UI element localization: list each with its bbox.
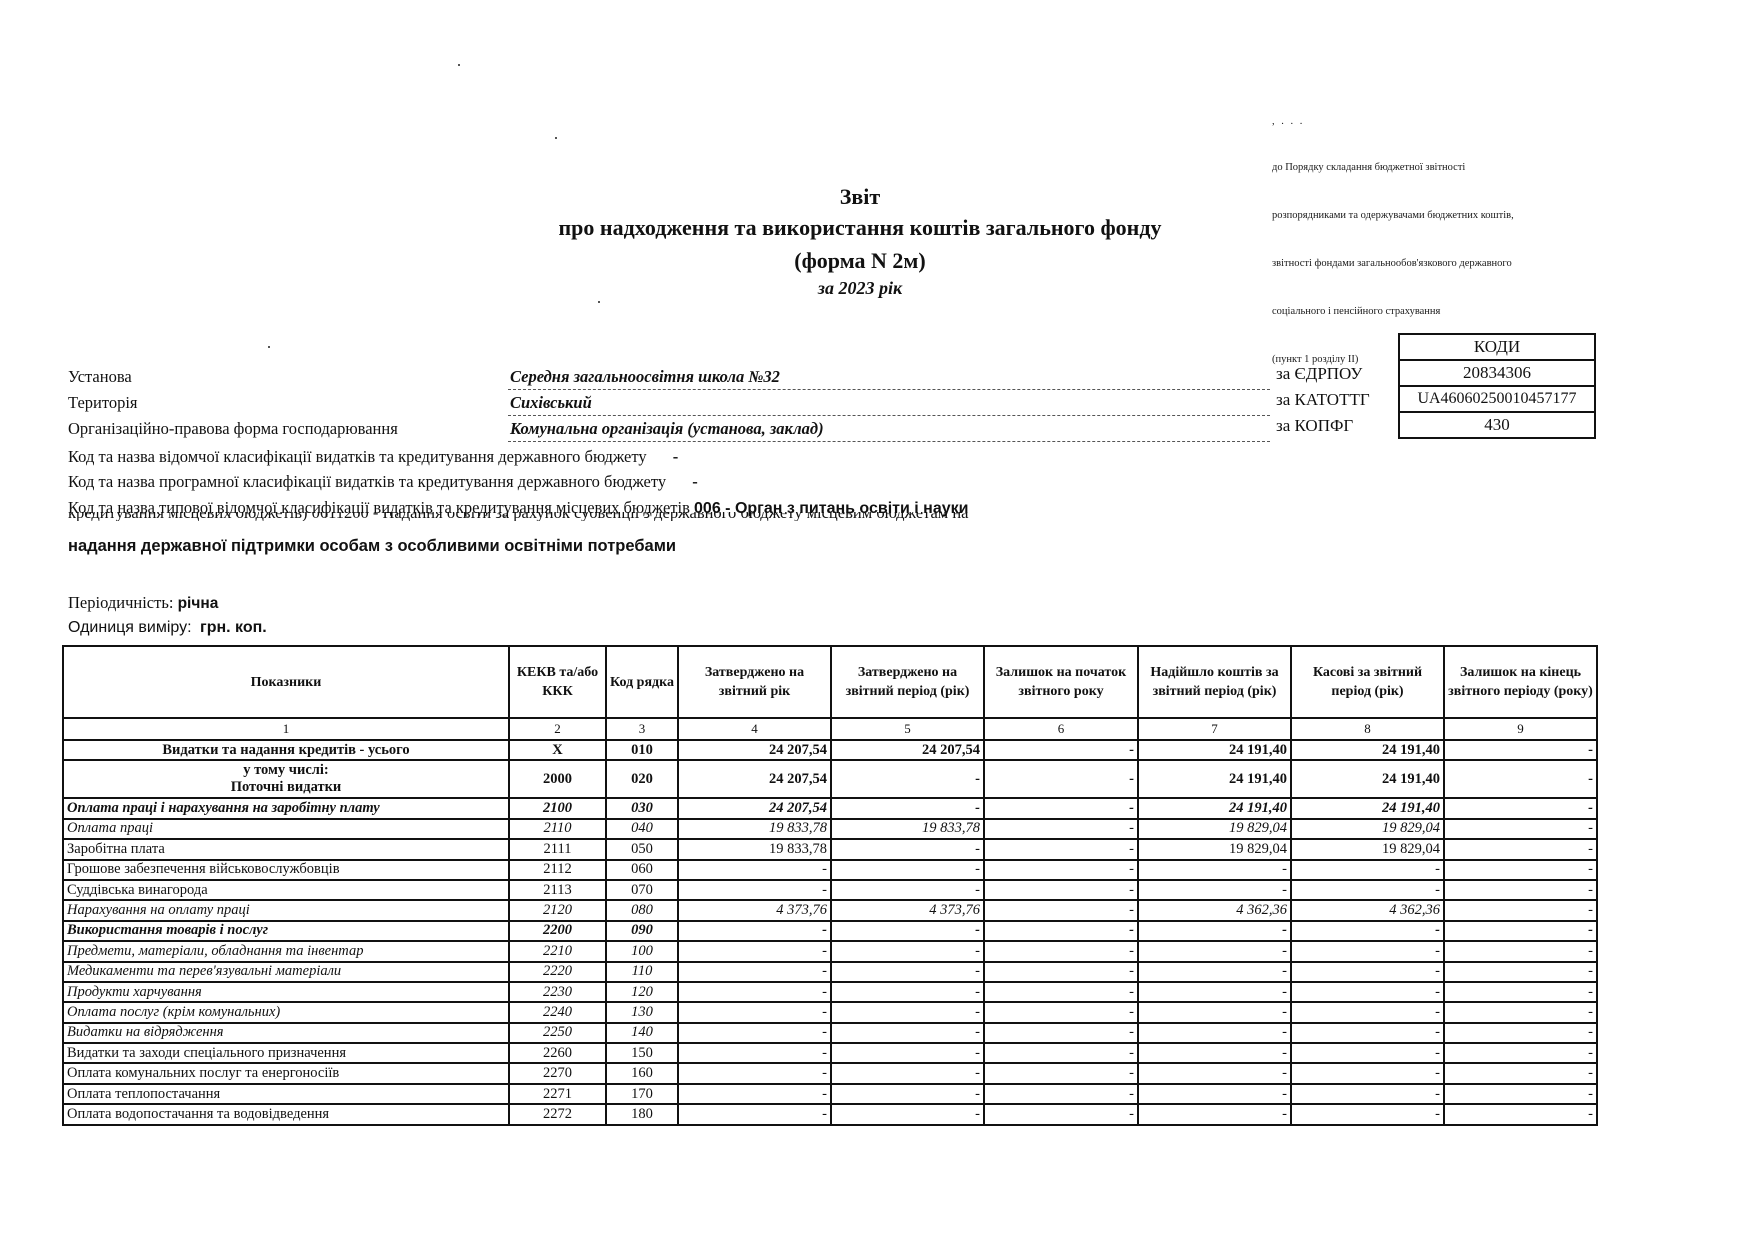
cell-approved-year: 24 207,54 bbox=[678, 760, 831, 798]
cell-approved-year: 24 207,54 bbox=[678, 740, 831, 760]
table-row: Оплата комунальних послуг та енергоносії… bbox=[63, 1063, 1597, 1083]
cell-approved-year: - bbox=[678, 1023, 831, 1043]
overlapped-line-text: кредитування місцевих бюджетів) 0611200 … bbox=[68, 512, 969, 521]
row-code: 110 bbox=[606, 962, 678, 982]
cell-cash-expenditures: - bbox=[1291, 1002, 1444, 1022]
cell-balance-start: - bbox=[984, 900, 1138, 920]
row-indicator-name: Заробітна плата bbox=[63, 839, 509, 859]
cell-balance-start: - bbox=[984, 1043, 1138, 1063]
cell-cash-expenditures: - bbox=[1291, 1084, 1444, 1104]
cell-approved-period: - bbox=[831, 1002, 984, 1022]
legal-form-value: Комунальна організація (установа, заклад… bbox=[510, 419, 824, 439]
row-indicator-name: у тому числі:Поточні видатки bbox=[63, 760, 509, 798]
cell-received: - bbox=[1138, 941, 1291, 961]
column-number: 2 bbox=[509, 718, 606, 740]
cell-received: 24 191,40 bbox=[1138, 798, 1291, 818]
row-kekv: 2250 bbox=[509, 1023, 606, 1043]
row-kekv: 2230 bbox=[509, 982, 606, 1002]
cell-approved-year: 19 833,78 bbox=[678, 819, 831, 839]
cell-received: - bbox=[1138, 1002, 1291, 1022]
row-code: 160 bbox=[606, 1063, 678, 1083]
cell-balance-end: - bbox=[1444, 1084, 1597, 1104]
column-number: 3 bbox=[606, 718, 678, 740]
cell-received: - bbox=[1138, 921, 1291, 941]
cell-approved-year: - bbox=[678, 1043, 831, 1063]
cell-approved-year: 24 207,54 bbox=[678, 798, 831, 818]
cell-approved-year: - bbox=[678, 1104, 831, 1124]
scan-speck bbox=[598, 301, 600, 303]
cell-balance-end: - bbox=[1444, 982, 1597, 1002]
row-code: 020 bbox=[606, 760, 678, 798]
cell-approved-period: - bbox=[831, 1084, 984, 1104]
cell-cash-expenditures: - bbox=[1291, 921, 1444, 941]
table-row: Медикаменти та перев'язувальні матеріали… bbox=[63, 962, 1597, 982]
row-kekv: 2210 bbox=[509, 941, 606, 961]
row-indicator-name: Оплата теплопостачання bbox=[63, 1084, 509, 1104]
cell-cash-expenditures: - bbox=[1291, 941, 1444, 961]
row-kekv: 2220 bbox=[509, 962, 606, 982]
cell-approved-period: - bbox=[831, 941, 984, 961]
cell-cash-expenditures: 4 362,36 bbox=[1291, 900, 1444, 920]
column-number: 5 bbox=[831, 718, 984, 740]
row-indicator-name: Предмети, матеріали, обладнання та інвен… bbox=[63, 941, 509, 961]
unit: Одиниця виміру: грн. коп. bbox=[68, 619, 267, 637]
cell-balance-end: - bbox=[1444, 900, 1597, 920]
cell-balance-start: - bbox=[984, 760, 1138, 798]
column-header-received: Надійшло коштів за звітний період (рік) bbox=[1138, 646, 1291, 718]
cell-approved-period: - bbox=[831, 760, 984, 798]
row-code: 120 bbox=[606, 982, 678, 1002]
legal-form-label: Організаційно-правова форма господарюван… bbox=[68, 419, 398, 439]
column-header-approved-year: Затверджено на звітний рік bbox=[678, 646, 831, 718]
cell-balance-start: - bbox=[984, 1023, 1138, 1043]
cell-cash-expenditures: - bbox=[1291, 880, 1444, 900]
table-row: Використання товарів і послуг2200090----… bbox=[63, 921, 1597, 941]
row-code: 150 bbox=[606, 1043, 678, 1063]
cell-cash-expenditures: 24 191,40 bbox=[1291, 798, 1444, 818]
cell-received: - bbox=[1138, 1104, 1291, 1124]
table-row: у тому числі:Поточні видатки200002024 20… bbox=[63, 760, 1597, 798]
row-indicator-name: Суддівська винагорода bbox=[63, 880, 509, 900]
column-number: 6 bbox=[984, 718, 1138, 740]
row-kekv: 2110 bbox=[509, 819, 606, 839]
table-row: Видатки на відрядження2250140------ bbox=[63, 1023, 1597, 1043]
unit-value: грн. коп. bbox=[200, 619, 267, 636]
report-title: Звіт bbox=[0, 184, 1720, 210]
dept-classification-value: - bbox=[673, 447, 679, 466]
cell-approved-period: - bbox=[831, 921, 984, 941]
cell-received: - bbox=[1138, 1063, 1291, 1083]
row-kekv: 2272 bbox=[509, 1104, 606, 1124]
cell-balance-start: - bbox=[984, 740, 1138, 760]
cell-balance-start: - bbox=[984, 1002, 1138, 1022]
cell-approved-period: 24 207,54 bbox=[831, 740, 984, 760]
cell-approved-period: - bbox=[831, 798, 984, 818]
scan-speck bbox=[555, 137, 557, 139]
row-indicator-name: Оплата праці і нарахування на заробітну … bbox=[63, 798, 509, 818]
row-indicator-name: Грошове забезпечення військовослужбовців bbox=[63, 860, 509, 880]
report-table: ПоказникиКЕКВ та/або ККККод рядкаЗатверд… bbox=[62, 645, 1598, 1126]
katottg-label: за КАТОТТГ bbox=[1276, 390, 1370, 410]
row-indicator-name: Нарахування на оплату праці bbox=[63, 900, 509, 920]
scan-speck bbox=[268, 346, 270, 348]
cell-balance-end: - bbox=[1444, 1023, 1597, 1043]
row-kekv: X bbox=[509, 740, 606, 760]
edrpou-label: за ЄДРПОУ bbox=[1276, 364, 1362, 384]
cell-approved-period: - bbox=[831, 962, 984, 982]
cell-balance-end: - bbox=[1444, 760, 1597, 798]
report-subtitle: про надходження та використання коштів з… bbox=[0, 215, 1720, 241]
row-indicator-name: Медикаменти та перев'язувальні матеріали bbox=[63, 962, 509, 982]
cell-cash-expenditures: - bbox=[1291, 1043, 1444, 1063]
column-header-approved-period: Затверджено на звітний період (рік) bbox=[831, 646, 984, 718]
cell-approved-year: - bbox=[678, 1002, 831, 1022]
cell-approved-period: - bbox=[831, 1043, 984, 1063]
column-number-row: 123456789 bbox=[63, 718, 1597, 740]
cell-cash-expenditures: - bbox=[1291, 982, 1444, 1002]
program-classification-text: Код та назва програмної класифікації вид… bbox=[68, 472, 666, 491]
row-code: 140 bbox=[606, 1023, 678, 1043]
cell-balance-end: - bbox=[1444, 1002, 1597, 1022]
column-header-balance-start: Залишок на початок звітного року bbox=[984, 646, 1138, 718]
cell-received: 24 191,40 bbox=[1138, 740, 1291, 760]
institution-value: Середня загальноосвітня школа №32 bbox=[510, 367, 780, 387]
table-row: Видатки та надання кредитів - усьогоX010… bbox=[63, 740, 1597, 760]
katottg-value: UA46060250010457177 bbox=[1399, 386, 1595, 412]
cell-approved-year: - bbox=[678, 941, 831, 961]
row-indicator-name: Видатки та заходи спеціального призначен… bbox=[63, 1043, 509, 1063]
row-kekv: 2200 bbox=[509, 921, 606, 941]
program-continuation: надання державної підтримки особам з осо… bbox=[68, 537, 676, 556]
row-code: 060 bbox=[606, 860, 678, 880]
cell-balance-end: - bbox=[1444, 941, 1597, 961]
cell-cash-expenditures: - bbox=[1291, 1063, 1444, 1083]
cell-approved-period: - bbox=[831, 982, 984, 1002]
column-header-indicators: Показники bbox=[63, 646, 509, 718]
cell-balance-start: - bbox=[984, 798, 1138, 818]
cell-approved-year: - bbox=[678, 880, 831, 900]
codes-table: КОДИ 20834306 UA46060250010457177 430 bbox=[1398, 333, 1596, 439]
row-code: 030 bbox=[606, 798, 678, 818]
cell-balance-end: - bbox=[1444, 1043, 1597, 1063]
row-code: 180 bbox=[606, 1104, 678, 1124]
row-kekv: 2111 bbox=[509, 839, 606, 859]
cell-approved-year: - bbox=[678, 860, 831, 880]
periodicity: Періодичність: річна bbox=[68, 593, 218, 613]
cell-balance-start: - bbox=[984, 1063, 1138, 1083]
row-indicator-name-line: у тому числі: bbox=[67, 762, 505, 779]
program-classification-value: - bbox=[692, 472, 698, 491]
cell-received: - bbox=[1138, 1023, 1291, 1043]
row-kekv: 2113 bbox=[509, 880, 606, 900]
underline bbox=[508, 415, 1270, 416]
cell-balance-start: - bbox=[984, 962, 1138, 982]
cell-approved-year: - bbox=[678, 921, 831, 941]
row-kekv: 2120 bbox=[509, 900, 606, 920]
cell-received: 24 191,40 bbox=[1138, 760, 1291, 798]
cell-received: 4 362,36 bbox=[1138, 900, 1291, 920]
row-indicator-name: Оплата послуг (крім комунальних) bbox=[63, 1002, 509, 1022]
cell-approved-period: 4 373,76 bbox=[831, 900, 984, 920]
cell-balance-end: - bbox=[1444, 1104, 1597, 1124]
table-row: Предмети, матеріали, обладнання та інвен… bbox=[63, 941, 1597, 961]
cell-received: - bbox=[1138, 1043, 1291, 1063]
cell-approved-period: - bbox=[831, 839, 984, 859]
row-kekv: 2000 bbox=[509, 760, 606, 798]
cell-approved-year: - bbox=[678, 982, 831, 1002]
cell-cash-expenditures: 19 829,04 bbox=[1291, 819, 1444, 839]
row-indicator-name: Оплата комунальних послуг та енергоносії… bbox=[63, 1063, 509, 1083]
cell-balance-end: - bbox=[1444, 839, 1597, 859]
codes-header: КОДИ bbox=[1399, 334, 1595, 360]
cell-cash-expenditures: - bbox=[1291, 1104, 1444, 1124]
table-row: Нарахування на оплату праці21200804 373,… bbox=[63, 900, 1597, 920]
cell-balance-start: - bbox=[984, 860, 1138, 880]
note-line: до Порядку складання бюджетної звітності bbox=[1272, 160, 1514, 176]
table-row: Продукти харчування2230120------ bbox=[63, 982, 1597, 1002]
cell-approved-year: - bbox=[678, 1063, 831, 1083]
cell-balance-end: - bbox=[1444, 962, 1597, 982]
underline bbox=[508, 441, 1270, 442]
table-row: Суддівська винагорода2113070------ bbox=[63, 880, 1597, 900]
cell-cash-expenditures: 24 191,40 bbox=[1291, 760, 1444, 798]
overlapped-line: кредитування місцевих бюджетів) 0611200 … bbox=[68, 512, 969, 521]
unit-label: Одиниця виміру: bbox=[68, 619, 192, 636]
row-code: 100 bbox=[606, 941, 678, 961]
table-row: Оплата водопостачання та водовідведення2… bbox=[63, 1104, 1597, 1124]
cell-balance-start: - bbox=[984, 921, 1138, 941]
row-indicator-name-line: Поточні видатки bbox=[67, 779, 505, 796]
institution-label: Установа bbox=[68, 367, 132, 387]
cell-balance-end: - bbox=[1444, 921, 1597, 941]
cell-approved-year: - bbox=[678, 962, 831, 982]
cell-balance-end: - bbox=[1444, 860, 1597, 880]
cell-approved-period: - bbox=[831, 1063, 984, 1083]
row-code: 040 bbox=[606, 819, 678, 839]
column-header-row-code: Код рядка bbox=[606, 646, 678, 718]
table-row: Оплата теплопостачання2271170------ bbox=[63, 1084, 1597, 1104]
cell-balance-start: - bbox=[984, 880, 1138, 900]
column-number: 8 bbox=[1291, 718, 1444, 740]
cell-approved-year: 19 833,78 bbox=[678, 839, 831, 859]
dept-classification-label: Код та назва відомчої класифікації видат… bbox=[68, 447, 678, 467]
cell-cash-expenditures: 19 829,04 bbox=[1291, 839, 1444, 859]
territory-label: Територія bbox=[68, 393, 138, 413]
dept-classification-text: Код та назва відомчої класифікації видат… bbox=[68, 447, 647, 466]
note-line: соціального і пенсійного страхування bbox=[1272, 304, 1514, 320]
row-code: 130 bbox=[606, 1002, 678, 1022]
row-kekv: 2112 bbox=[509, 860, 606, 880]
cell-balance-start: - bbox=[984, 839, 1138, 859]
cell-cash-expenditures: - bbox=[1291, 860, 1444, 880]
cell-received: - bbox=[1138, 880, 1291, 900]
cell-balance-start: - bbox=[984, 941, 1138, 961]
cell-received: - bbox=[1138, 1084, 1291, 1104]
table-row: Оплата праці і нарахування на заробітну … bbox=[63, 798, 1597, 818]
program-classification-label: Код та назва програмної класифікації вид… bbox=[68, 472, 698, 492]
edrpou-value: 20834306 bbox=[1399, 360, 1595, 386]
note-dots: , . . . bbox=[1272, 118, 1514, 128]
cell-cash-expenditures: 24 191,40 bbox=[1291, 740, 1444, 760]
cell-approved-period: - bbox=[831, 880, 984, 900]
column-number: 1 bbox=[63, 718, 509, 740]
table-row: Заробітна плата211105019 833,78--19 829,… bbox=[63, 839, 1597, 859]
cell-cash-expenditures: - bbox=[1291, 962, 1444, 982]
row-indicator-name: Оплата праці bbox=[63, 819, 509, 839]
column-number: 4 bbox=[678, 718, 831, 740]
table-body: Видатки та надання кредитів - усьогоX010… bbox=[63, 740, 1597, 1125]
cell-balance-start: - bbox=[984, 982, 1138, 1002]
report-period: за 2023 рік bbox=[0, 278, 1720, 299]
cell-balance-end: - bbox=[1444, 740, 1597, 760]
row-code: 050 bbox=[606, 839, 678, 859]
cell-balance-start: - bbox=[984, 1104, 1138, 1124]
table-header-row: ПоказникиКЕКВ та/або ККККод рядкаЗатверд… bbox=[63, 646, 1597, 718]
report-form-number: (форма N 2м) bbox=[0, 248, 1720, 274]
cell-balance-end: - bbox=[1444, 798, 1597, 818]
row-kekv: 2270 bbox=[509, 1063, 606, 1083]
kopfg-value: 430 bbox=[1399, 412, 1595, 438]
row-indicator-name: Використання товарів і послуг bbox=[63, 921, 509, 941]
row-code: 070 bbox=[606, 880, 678, 900]
row-indicator-name: Видатки на відрядження bbox=[63, 1023, 509, 1043]
cell-approved-year: 4 373,76 bbox=[678, 900, 831, 920]
cell-balance-end: - bbox=[1444, 1063, 1597, 1083]
column-number: 7 bbox=[1138, 718, 1291, 740]
cell-balance-end: - bbox=[1444, 819, 1597, 839]
row-code: 010 bbox=[606, 740, 678, 760]
kopfg-label: за КОПФГ bbox=[1276, 416, 1353, 436]
periodicity-value: річна bbox=[178, 595, 219, 612]
scan-speck bbox=[458, 64, 460, 66]
underline bbox=[508, 389, 1270, 390]
row-code: 170 bbox=[606, 1084, 678, 1104]
column-header-kekv: КЕКВ та/або ККК bbox=[509, 646, 606, 718]
cell-received: - bbox=[1138, 962, 1291, 982]
cell-approved-period: - bbox=[831, 860, 984, 880]
table-row: Видатки та заходи спеціального призначен… bbox=[63, 1043, 1597, 1063]
row-kekv: 2100 bbox=[509, 798, 606, 818]
row-code: 090 bbox=[606, 921, 678, 941]
cell-received: 19 829,04 bbox=[1138, 839, 1291, 859]
cell-balance-start: - bbox=[984, 819, 1138, 839]
table-row: Грошове забезпечення військовослужбовців… bbox=[63, 860, 1597, 880]
row-kekv: 2260 bbox=[509, 1043, 606, 1063]
row-indicator-name: Продукти харчування bbox=[63, 982, 509, 1002]
cell-balance-end: - bbox=[1444, 880, 1597, 900]
cell-approved-period: 19 833,78 bbox=[831, 819, 984, 839]
row-indicator-name: Оплата водопостачання та водовідведення bbox=[63, 1104, 509, 1124]
table-row: Оплата послуг (крім комунальних)2240130-… bbox=[63, 1002, 1597, 1022]
periodicity-label: Періодичність: bbox=[68, 593, 173, 612]
cell-balance-start: - bbox=[984, 1084, 1138, 1104]
territory-value: Сихівський bbox=[510, 393, 592, 413]
table-row: Оплата праці211004019 833,7819 833,78-19… bbox=[63, 819, 1597, 839]
row-kekv: 2240 bbox=[509, 1002, 606, 1022]
column-header-balance-end: Залишок на кінець звітного періоду (року… bbox=[1444, 646, 1597, 718]
cell-received: - bbox=[1138, 860, 1291, 880]
cell-received: 19 829,04 bbox=[1138, 819, 1291, 839]
row-kekv: 2271 bbox=[509, 1084, 606, 1104]
cell-approved-period: - bbox=[831, 1023, 984, 1043]
overlapped-line-clip: кредитування місцевих бюджетів) 0611200 … bbox=[68, 512, 1218, 521]
row-indicator-name: Видатки та надання кредитів - усього bbox=[63, 740, 509, 760]
cell-cash-expenditures: - bbox=[1291, 1023, 1444, 1043]
column-header-cash-expenditures: Касові за звітний період (рік) bbox=[1291, 646, 1444, 718]
cell-approved-period: - bbox=[831, 1104, 984, 1124]
cell-received: - bbox=[1138, 982, 1291, 1002]
cell-approved-year: - bbox=[678, 1084, 831, 1104]
row-code: 080 bbox=[606, 900, 678, 920]
column-number: 9 bbox=[1444, 718, 1597, 740]
